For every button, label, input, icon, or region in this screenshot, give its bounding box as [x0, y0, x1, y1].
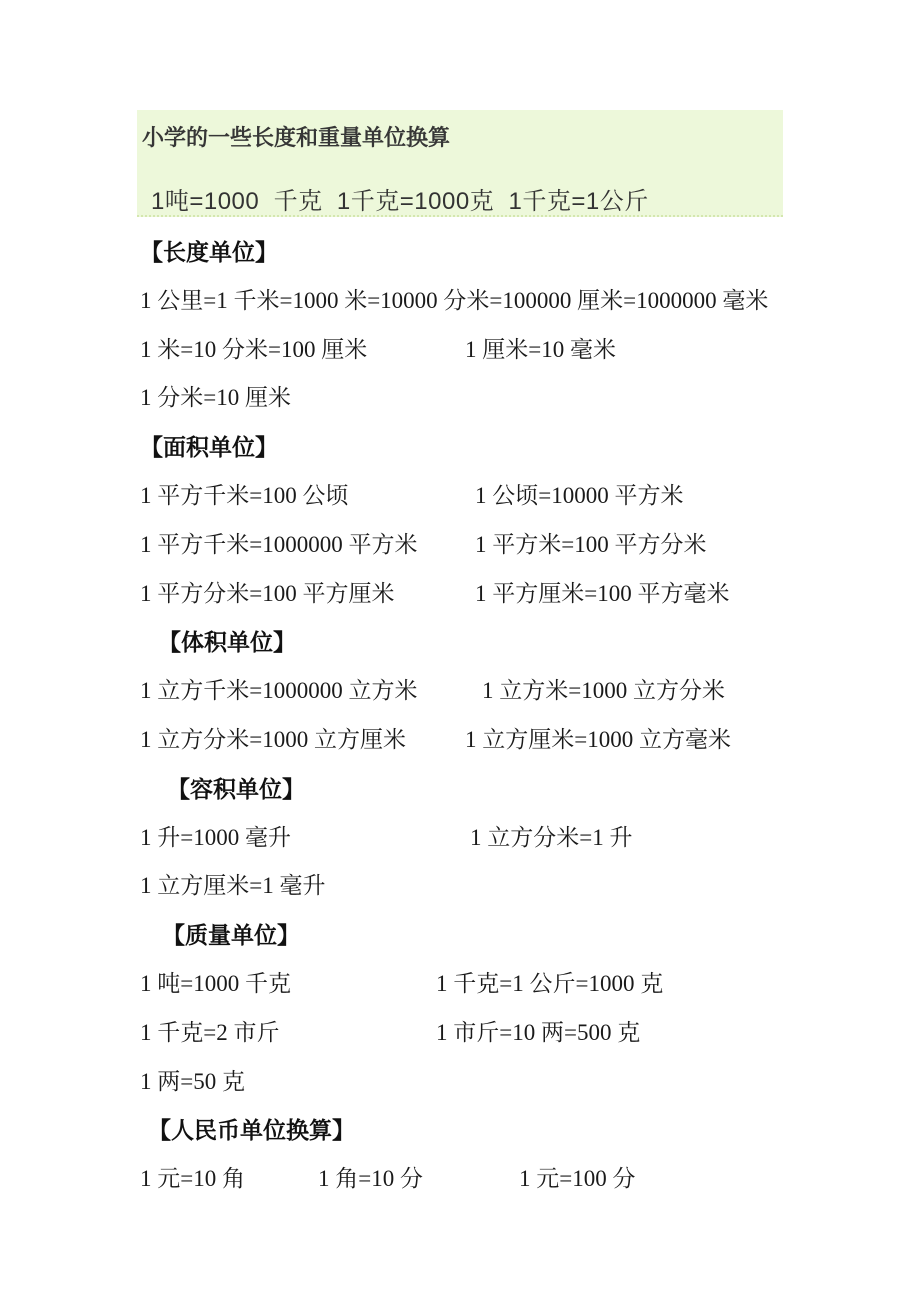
conversion-row: 1 立方千米=1000000 立方米1 立方米=1000 立方分米	[140, 667, 860, 716]
conversion-formula: 1 立方分米=1000 立方厘米	[140, 716, 406, 765]
section-heading: 【容积单位】	[140, 765, 860, 814]
conversion-row: 1 千克=2 市斤1 市斤=10 两=500 克	[140, 1009, 860, 1058]
section-heading: 【人民币单位换算】	[140, 1106, 860, 1155]
conversion-row: 1 平方千米=100 公顷1 公顷=10000 平方米	[140, 472, 860, 521]
section-heading: 【体积单位】	[140, 618, 860, 667]
section-heading: 【长度单位】	[140, 228, 860, 277]
conversion-formula: 1 立方厘米=1000 立方毫米	[465, 716, 731, 765]
conversion-row: 1 平方千米=1000000 平方米1 平方米=100 平方分米	[140, 521, 860, 570]
conversion-formula: 1 立方千米=1000000 立方米	[140, 667, 417, 716]
conversion-row: 1 公里=1 千米=1000 米=10000 分米=100000 厘米=1000…	[140, 277, 860, 326]
section-heading: 【面积单位】	[140, 423, 860, 472]
conversion-row: 1 分米=10 厘米	[140, 374, 860, 423]
conversion-formula: 1 立方厘米=1 毫升	[140, 862, 325, 911]
conversion-formula: 1 两=50 克	[140, 1058, 245, 1107]
conversion-formula: 1 分米=10 厘米	[140, 374, 291, 423]
conversion-row: 1 平方分米=100 平方厘米1 平方厘米=100 平方毫米	[140, 570, 860, 619]
conversion-row: 1 两=50 克	[140, 1058, 860, 1107]
conversion-row: 1 立方厘米=1 毫升	[140, 862, 860, 911]
document-page: 小学的一些长度和重量单位换算 1吨=1000 千克 1千克=1000克 1千克=…	[0, 0, 920, 1302]
conversion-row: 1 立方分米=1000 立方厘米1 立方厘米=1000 立方毫米	[140, 716, 860, 765]
conversion-formula: 1 元=100 分	[519, 1155, 635, 1204]
conversion-formula: 1 市斤=10 两=500 克	[436, 1009, 640, 1058]
conversion-formula: 1 千克=2 市斤	[140, 1009, 279, 1058]
conversion-formula: 1 角=10 分	[318, 1155, 423, 1204]
conversion-formula: 1 吨=1000 千克	[140, 960, 291, 1009]
conversion-formula: 1 平方分米=100 平方厘米	[140, 570, 394, 619]
conversion-row: 1 米=10 分米=100 厘米1 厘米=10 毫米	[140, 326, 860, 375]
conversion-formula: 1 平方千米=100 公顷	[140, 472, 348, 521]
conversion-formula: 1 米=10 分米=100 厘米	[140, 326, 367, 375]
conversion-formula: 1 平方千米=1000000 平方米	[140, 521, 417, 570]
conversion-formula: 1 立方分米=1 升	[470, 814, 632, 863]
conversion-formula: 1 公里=1 千米=1000 米=10000 分米=100000 厘米=1000…	[140, 277, 768, 326]
conversion-row: 1 吨=1000 千克1 千克=1 公斤=1000 克	[140, 960, 860, 1009]
highlight-header-block: 小学的一些长度和重量单位换算 1吨=1000 千克 1千克=1000克 1千克=…	[137, 110, 783, 217]
conversion-formula: 1 公顷=10000 平方米	[475, 472, 683, 521]
conversion-row: 1 元=10 角1 角=10 分1 元=100 分	[140, 1155, 860, 1204]
header-conversion-line: 1吨=1000 千克 1千克=1000克 1千克=1公斤	[151, 181, 649, 216]
conversion-sections: 【长度单位】1 公里=1 千米=1000 米=10000 分米=100000 厘…	[140, 228, 860, 1204]
section-heading: 【质量单位】	[140, 911, 860, 960]
conversion-formula: 1 元=10 角	[140, 1155, 245, 1204]
conversion-formula: 1 千克=1 公斤=1000 克	[436, 960, 663, 1009]
conversion-row: 1 升=1000 毫升1 立方分米=1 升	[140, 814, 860, 863]
conversion-formula: 1 厘米=10 毫米	[465, 326, 616, 375]
conversion-formula: 1 升=1000 毫升	[140, 814, 291, 863]
document-title: 小学的一些长度和重量单位换算	[142, 121, 450, 152]
conversion-formula: 1 平方米=100 平方分米	[475, 521, 706, 570]
conversion-formula: 1 平方厘米=100 平方毫米	[475, 570, 729, 619]
conversion-formula: 1 立方米=1000 立方分米	[482, 667, 725, 716]
